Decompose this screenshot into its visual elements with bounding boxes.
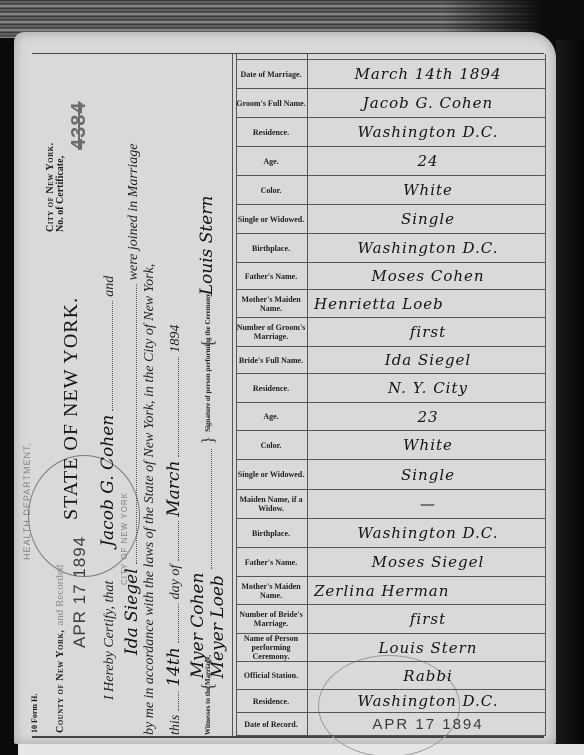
signature-label: Signature of person performing the Cerem…: [204, 352, 212, 432]
certificate-number-line: 4384: [68, 102, 91, 151]
year-written: 1894: [168, 325, 183, 353]
field-value: Washington D.C.: [310, 519, 546, 547]
accordance-text: by me in accordance with the laws of the…: [142, 264, 157, 735]
field-label: Age.: [236, 147, 306, 175]
field-value: White: [310, 431, 546, 459]
certify-intro: I Hereby Certify, that: [102, 581, 117, 700]
table-row: Date of Record.APR 17 1894: [236, 713, 546, 736]
certificate-label: No. of Certificate,: [55, 156, 66, 232]
table-row: Father's Name.Moses Cohen: [236, 263, 546, 290]
field-value: Washington D.C.: [310, 118, 546, 146]
brace: {: [198, 682, 218, 691]
groom-name-written: Jacob G. Cohen: [98, 415, 118, 547]
field-value: March 14th 1894: [310, 60, 546, 88]
table-row: Maiden Name, if a Widow.—: [236, 490, 546, 519]
table-row: Bride's Full Name.Ida Siegel: [236, 347, 546, 374]
field-label: Date of Marriage.: [236, 60, 306, 88]
field-value: Rabbi: [310, 662, 546, 689]
date-line: this 14th day of March 1894: [164, 325, 184, 735]
field-label: Birthplace.: [236, 519, 306, 547]
field-value: White: [310, 176, 546, 204]
field-label: Number of Groom's Marriage.: [236, 318, 306, 346]
seal-text-top: HEALTH DEPARTMENT,: [22, 442, 32, 560]
field-label: Bride's Full Name.: [236, 347, 306, 373]
table-row: Residence.N. Y. City: [236, 374, 546, 403]
field-label: Residence.: [236, 374, 306, 402]
blank-line: [124, 284, 137, 564]
and-label: and: [102, 276, 117, 297]
bride-line: Ida Siegel were joined in Marriage: [122, 144, 142, 655]
field-value: first: [310, 318, 546, 346]
field-value: Moses Siegel: [310, 548, 546, 576]
table-row: Official Station.Rabbi: [236, 662, 546, 690]
field-label: Maiden Name, if a Widow.: [236, 490, 306, 518]
day-of-label: day of: [168, 565, 183, 600]
top-rule: [32, 53, 544, 54]
table-row: Mother's Maiden Name.Henrietta Loeb: [236, 290, 546, 318]
blank-line: [166, 521, 179, 561]
field-value: Washington D.C.: [310, 234, 546, 262]
blank-line: [100, 301, 113, 411]
field-value: Single: [310, 460, 546, 489]
field-label: Color.: [236, 176, 306, 204]
field-label: Official Station.: [236, 662, 306, 689]
witness-1: Myer Cohen: [188, 573, 208, 679]
bride-name-written: Ida Siegel: [122, 568, 142, 655]
blank-line: [166, 357, 179, 457]
field-label: Mother's Maiden Name.: [236, 577, 306, 604]
field-label: Father's Name.: [236, 263, 306, 289]
certificate-number: 4384: [68, 102, 90, 151]
next-page-edge: [18, 744, 584, 755]
signature-written: Louis Stern: [197, 196, 217, 296]
table-row: Residence.Washington D.C.: [236, 690, 546, 713]
field-value: Ida Siegel: [310, 347, 546, 373]
field-value: Single: [310, 205, 546, 233]
state-title: STATE OF NEW YORK.: [60, 297, 83, 520]
field-value: Zerlina Herman: [310, 577, 550, 604]
joined-text: were joined in Marriage: [126, 144, 141, 281]
field-value: 23: [310, 403, 546, 430]
scan-border-right: [556, 40, 584, 755]
field-label: Single or Widowed.: [236, 205, 306, 233]
received-stamp: APR 17 1894: [70, 536, 90, 648]
field-label: Groom's Full Name.: [236, 89, 306, 117]
blank-line: [166, 691, 179, 711]
witnesses-label: Witnesses to the Marriage,: [204, 695, 212, 735]
table-row: Age.23: [236, 403, 546, 431]
table-row: Color.White: [236, 431, 546, 460]
field-value: Louis Stern: [310, 634, 546, 661]
certify-line: I Hereby Certify, that Jacob G. Cohen an…: [98, 276, 118, 700]
field-value: APR 17 1894: [310, 713, 546, 735]
witnesses-written: Myer Cohen Meyer Loeb: [188, 573, 228, 679]
witness-signature-line: Witnesses to the Marriage, { Myer Cohen …: [188, 196, 228, 735]
form-id: 10 Form H.: [30, 694, 39, 733]
field-value: 24: [310, 147, 546, 175]
bottom-rule: [32, 736, 544, 738]
brace: {: [198, 339, 218, 348]
table-row: Groom's Full Name.Jacob G. Cohen: [236, 89, 546, 118]
blank-line: [166, 603, 179, 643]
table-row: Father's Name.Moses Siegel: [236, 548, 546, 577]
table-row: Date of Marriage.March 14th 1894: [236, 60, 546, 89]
table-row: Age.24: [236, 147, 546, 176]
witness-2: Meyer Loeb: [208, 575, 228, 678]
field-value: —: [310, 490, 546, 518]
field-label: Date of Record.: [236, 713, 306, 735]
field-value: Jacob G. Cohen: [310, 89, 546, 117]
table-row: Birthplace.Washington D.C.: [236, 519, 546, 548]
field-label: Single or Widowed.: [236, 460, 306, 489]
table-row: Residence.Washington D.C.: [236, 118, 546, 147]
field-label: Number of Bride's Marriage.: [236, 605, 306, 633]
accordance-line: by me in accordance with the laws of the…: [140, 264, 158, 735]
county-label: County of New York,: [55, 630, 66, 733]
recorded-label: and Recorded: [54, 565, 66, 626]
field-label: Name of Person performing Ceremony.: [236, 634, 306, 661]
table-top-rule: [236, 59, 546, 60]
table-row: Single or Widowed.Single: [236, 205, 546, 234]
table-row: Name of Person performing Ceremony.Louis…: [236, 634, 546, 662]
field-label: Color.: [236, 431, 306, 459]
divider-rule: [232, 54, 233, 736]
field-label: Age.: [236, 403, 306, 430]
field-value: Washington D.C.: [310, 690, 546, 712]
field-label: Father's Name.: [236, 548, 306, 576]
county-line: County of New York, and Recorded: [50, 565, 68, 733]
field-value: Moses Cohen: [310, 263, 546, 289]
this-label: this: [168, 715, 183, 735]
field-value: Henrietta Loeb: [310, 290, 550, 317]
day-written: 14th: [164, 647, 184, 686]
field-value: N. Y. City: [310, 374, 546, 402]
field-value: first: [310, 605, 546, 633]
table-row: Number of Bride's Marriage.first: [236, 605, 546, 634]
blank-line: [199, 449, 212, 569]
field-label: Birthplace.: [236, 234, 306, 262]
table-row: Single or Widowed.Single: [236, 460, 546, 490]
table-row: Color.White: [236, 176, 546, 205]
field-label: Mother's Maiden Name.: [236, 290, 306, 317]
table-row: Mother's Maiden Name.Zerlina Herman: [236, 577, 546, 605]
table-row: Number of Groom's Marriage.first: [236, 318, 546, 347]
field-label: Residence.: [236, 118, 306, 146]
brace: }: [198, 436, 218, 445]
table-row: Birthplace.Washington D.C.: [236, 234, 546, 263]
field-label: Residence.: [236, 690, 306, 712]
month-written: March: [164, 461, 184, 517]
